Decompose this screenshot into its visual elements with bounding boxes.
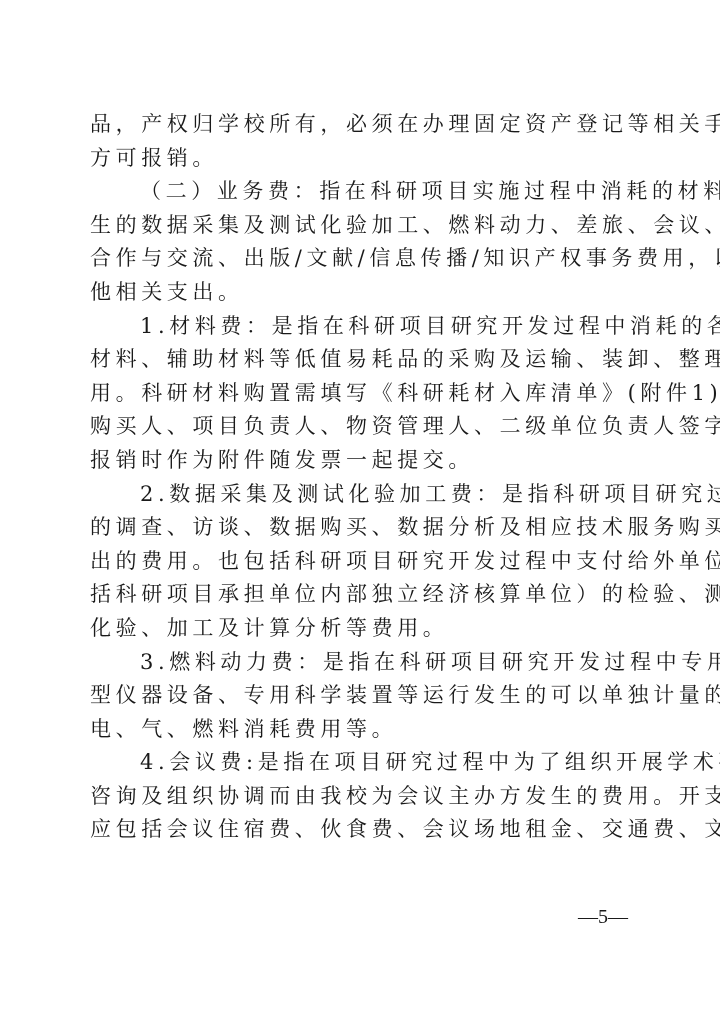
- page-number: —5—: [578, 906, 628, 929]
- text-line: 出的费用。也包括科研项目研究开发过程中支付给外单位（包: [90, 545, 620, 579]
- text-line: 应包括会议住宿费、伙食费、会议场地租金、交通费、文件印: [90, 813, 620, 847]
- item-heading-line: 4.会议费:是指在项目研究过程中为了组织开展学术研讨、: [90, 746, 620, 780]
- text-line: 他相关支出。: [90, 276, 620, 310]
- text-line: 材料、辅助材料等低值易耗品的采购及运输、装卸、整理等费: [90, 343, 620, 377]
- text-line: 报销时作为附件随发票一起提交。: [90, 444, 620, 478]
- text-line: 生的数据采集及测试化验加工、燃料动力、差旅、会议、国际: [90, 209, 620, 243]
- text-line: 方可报销。: [90, 142, 620, 176]
- text-line: 品，产权归学校所有，必须在办理固定资产登记等相关手续后: [90, 108, 620, 142]
- text-line: 合作与交流、出版/文献/信息传播/知识产权事务费用，以及其: [90, 242, 620, 276]
- text-line: 化验、加工及计算分析等费用。: [90, 612, 620, 646]
- text-line: 的调查、访谈、数据购买、数据分析及相应技术服务购买等支: [90, 511, 620, 545]
- text-line: 用。科研材料购置需填写《科研耗材入库清单》(附件1)，由: [90, 377, 620, 411]
- text-line: 型仪器设备、专用科学装置等运行发生的可以单独计量的水、: [90, 679, 620, 713]
- text-line: 电、气、燃料消耗费用等。: [90, 713, 620, 747]
- document-page: 品，产权归学校所有，必须在办理固定资产登记等相关手续后 方可报销。 （二）业务费…: [0, 0, 720, 1018]
- text-line: 咨询及组织协调而由我校为会议主办方发生的费用。开支范围: [90, 780, 620, 814]
- item-heading-line: 2.数据采集及测试化验加工费：是指科研项目研究过程中: [90, 478, 620, 512]
- text-line: 购买人、项目负责人、物资管理人、二级单位负责人签字后，: [90, 410, 620, 444]
- text-line: 括科研项目承担单位内部独立经济核算单位）的检验、测试、: [90, 578, 620, 612]
- item-heading-line: 1.材料费：是指在科研项目研究开发过程中消耗的各种原: [90, 310, 620, 344]
- document-body: 品，产权归学校所有，必须在办理固定资产登记等相关手续后 方可报销。 （二）业务费…: [90, 108, 620, 847]
- item-heading-line: 3.燃料动力费：是指在科研项目研究开发过程中专用的大: [90, 646, 620, 680]
- section-heading-line: （二）业务费：指在科研项目实施过程中消耗的材料、发: [90, 175, 620, 209]
